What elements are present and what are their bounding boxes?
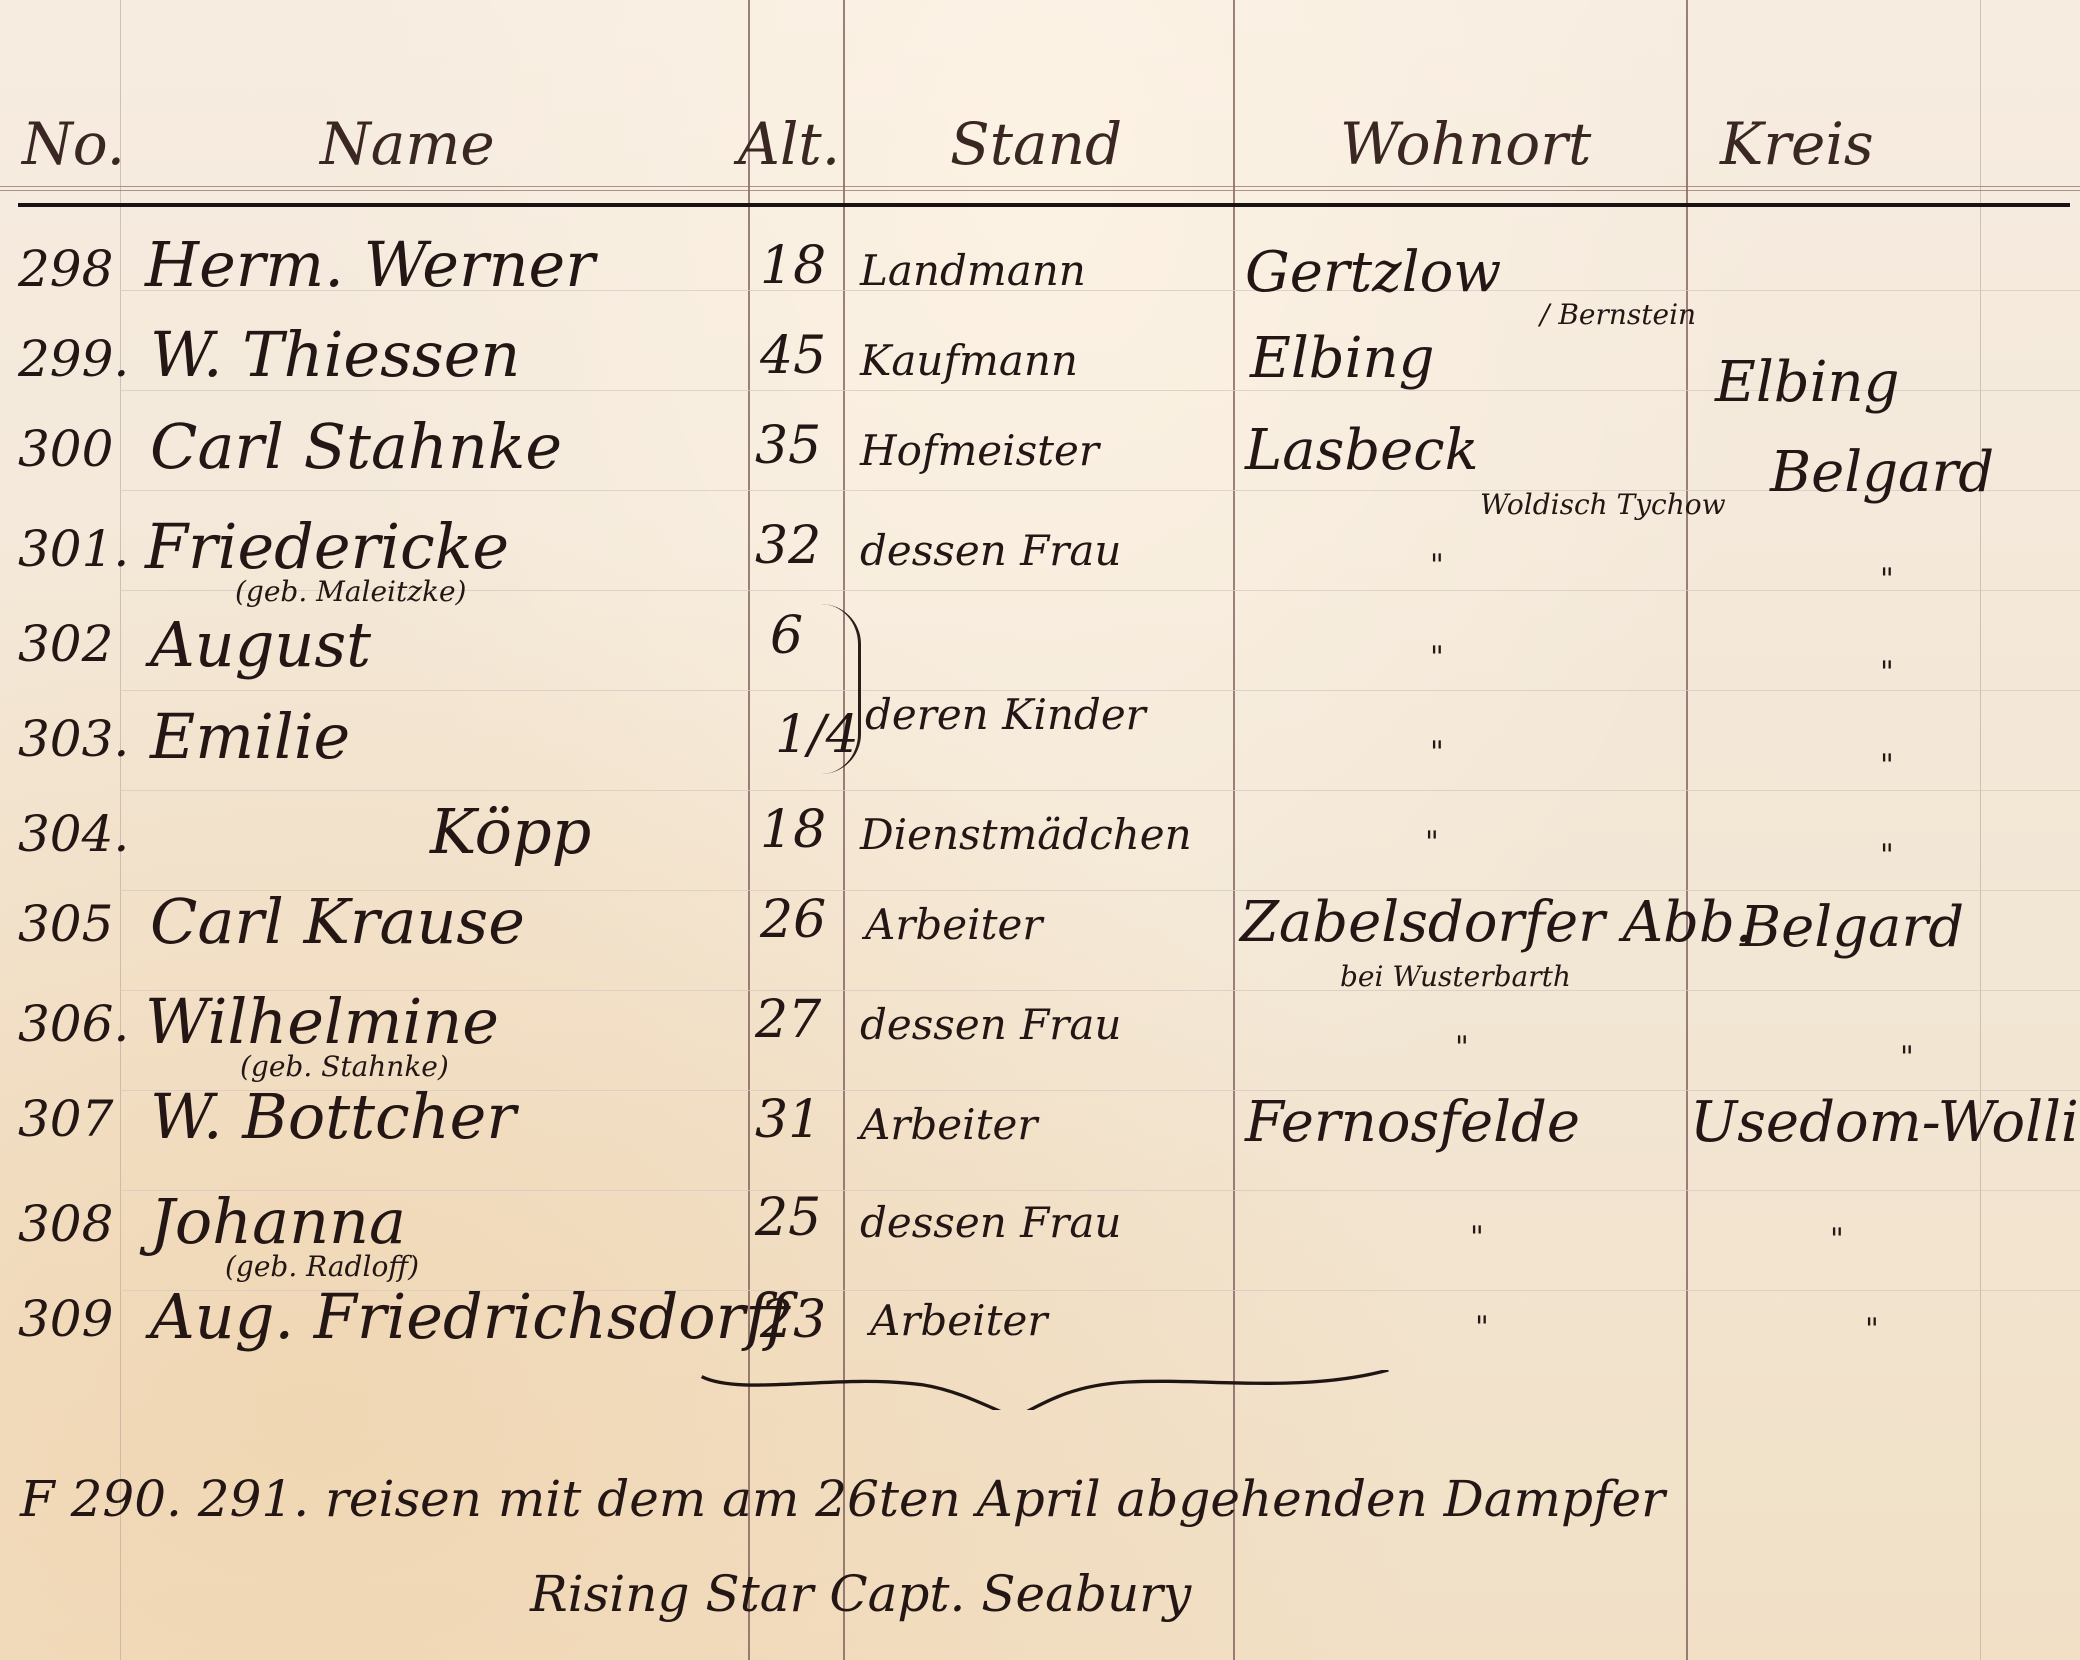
- entry-age: 25: [755, 1188, 821, 1248]
- entry-stand: Dienstmädchen: [860, 810, 1192, 859]
- entry-number: 306.: [18, 995, 129, 1053]
- closing-flourish: [530, 1370, 1560, 1410]
- header-stand: Stand: [950, 110, 1122, 178]
- ditto-mark: ": [1830, 1222, 1844, 1257]
- ditto-mark: ": [1475, 1310, 1489, 1345]
- entry-name: Carl Krause: [150, 885, 525, 958]
- header-name: Name: [320, 110, 495, 178]
- entry-wohnort: Gertzlow: [1245, 240, 1501, 305]
- entry-stand: Arbeiter: [865, 900, 1042, 949]
- entry-number: 309: [18, 1290, 113, 1348]
- entry-age: 6: [770, 606, 803, 666]
- ditto-mark: ": [1430, 735, 1444, 770]
- ditto-mark: ": [1470, 1220, 1484, 1255]
- entry-kreis: Usedom-Wollin: [1690, 1090, 2080, 1155]
- entry-age: 18: [760, 236, 826, 296]
- entry-wohnort-note: bei Wusterbarth: [1340, 960, 1571, 993]
- entry-wohnort: Lasbeck: [1245, 418, 1479, 483]
- entry-name: Wilhelmine: [145, 985, 499, 1058]
- document-page: No. Name Alt. Stand Wohnort Kreis 298 He…: [0, 0, 2080, 1660]
- header-kreis: Kreis: [1720, 110, 1874, 178]
- entry-number: 305: [18, 895, 113, 953]
- entry-maiden-name: (geb. Radloff): [225, 1250, 419, 1283]
- footer-note-line2: Rising Star Capt. Seabury: [530, 1565, 1191, 1623]
- entry-stand: dessen Frau: [860, 526, 1121, 575]
- entry-wohnort-note: Woldisch Tychow: [1480, 488, 1726, 521]
- entry-stand: dessen Frau: [860, 1000, 1121, 1049]
- column-rule: [748, 0, 750, 1660]
- entry-kreis: Belgard: [1740, 895, 1964, 960]
- entry-number: 302: [18, 615, 113, 673]
- entry-age: 1/4: [775, 705, 859, 765]
- entry-age: 18: [760, 800, 826, 860]
- column-rule: [1233, 0, 1235, 1660]
- header-rule: [0, 186, 2080, 191]
- column-rule: [1980, 0, 1981, 1660]
- entry-name: Aug. Friedrichsdorff: [150, 1280, 789, 1353]
- entry-number: 300: [18, 420, 113, 478]
- ditto-mark: ": [1455, 1030, 1469, 1065]
- entry-age: 27: [755, 990, 821, 1050]
- ditto-mark: ": [1430, 548, 1444, 583]
- entry-age: 31: [755, 1090, 821, 1150]
- row-rule: [120, 790, 2080, 791]
- ditto-mark: ": [1880, 838, 1894, 873]
- entry-number: 298: [18, 240, 113, 298]
- entry-name: Friedericke: [145, 510, 509, 583]
- ditto-mark: ": [1880, 562, 1894, 597]
- ditto-mark: ": [1430, 640, 1444, 675]
- entry-age: 32: [755, 516, 821, 576]
- entry-maiden-name: (geb. Stahnke): [240, 1050, 449, 1083]
- entry-kreis: Belgard: [1770, 440, 1994, 505]
- header-divider: [18, 203, 2070, 207]
- ditto-mark: ": [1880, 655, 1894, 690]
- entry-wohnort: Elbing: [1250, 326, 1434, 391]
- entry-number: 303.: [18, 710, 129, 768]
- entry-name: Johanna: [150, 1185, 406, 1258]
- entry-stand: Hofmeister: [860, 426, 1099, 475]
- row-rule: [120, 1190, 2080, 1191]
- entry-name: August: [150, 608, 371, 681]
- entry-stand: deren Kinder: [865, 690, 1146, 739]
- entry-age: 45: [760, 326, 826, 386]
- entry-age: 35: [755, 416, 821, 476]
- entry-number: 301.: [18, 520, 129, 578]
- entry-maiden-name: (geb. Maleitzke): [235, 575, 466, 608]
- column-rule: [843, 0, 845, 1660]
- entry-wohnort: Fernosfelde: [1245, 1090, 1580, 1155]
- header-age: Alt.: [738, 110, 840, 178]
- entry-stand: Kaufmann: [860, 336, 1078, 385]
- header-no: No.: [22, 110, 125, 178]
- entry-name: W. Bottcher: [150, 1080, 516, 1153]
- ditto-mark: ": [1425, 825, 1439, 860]
- header-wohnort: Wohnort: [1340, 110, 1591, 178]
- entry-wohnort: Zabelsdorfer Abb.: [1240, 890, 1753, 955]
- entry-stand: dessen Frau: [860, 1198, 1121, 1247]
- ditto-mark: ": [1865, 1312, 1879, 1347]
- entry-stand: Arbeiter: [860, 1100, 1037, 1149]
- entry-name: W. Thiessen: [150, 318, 520, 391]
- entry-wohnort-note: / Bernstein: [1540, 298, 1696, 331]
- entry-age: 26: [760, 890, 826, 950]
- entry-name: Carl Stahnke: [150, 410, 562, 483]
- entry-number: 304.: [18, 805, 129, 863]
- entry-number: 307: [18, 1090, 113, 1148]
- column-rule: [1686, 0, 1688, 1660]
- entry-name: Köpp: [430, 795, 591, 868]
- entry-number: 308: [18, 1195, 113, 1253]
- entry-name: Herm. Werner: [145, 228, 595, 301]
- footer-note-line1: F 290. 291. reisen mit dem am 26ten Apri…: [20, 1470, 1665, 1528]
- entry-stand: Arbeiter: [870, 1296, 1047, 1345]
- entry-name: Emilie: [150, 700, 350, 773]
- ditto-mark: ": [1900, 1040, 1914, 1075]
- entry-kreis: Elbing: [1715, 350, 1899, 415]
- entry-stand: Landmann: [860, 246, 1086, 295]
- entry-number: 299.: [18, 330, 129, 388]
- ditto-mark: ": [1880, 748, 1894, 783]
- entry-age: 23: [760, 1290, 826, 1350]
